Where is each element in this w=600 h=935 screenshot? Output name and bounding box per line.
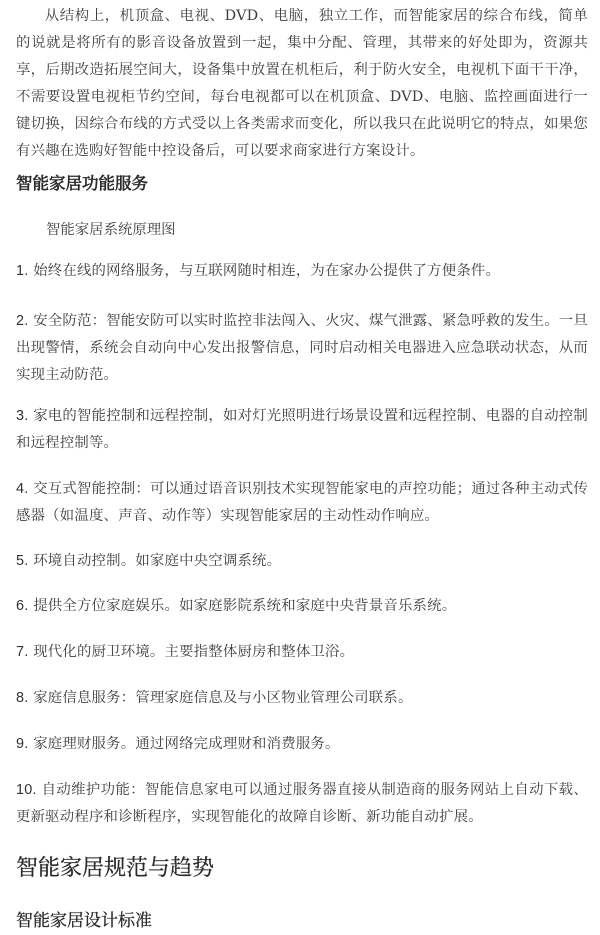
list-number: 7. (16, 644, 28, 660)
list-item-2: 2. 安全防范：智能安防可以实时监控非法闯入、火灾、煤气泄露、紧急呼救的发生。一… (16, 308, 588, 389)
list-item-8: 8. 家庭信息服务：管理家庭信息及与小区物业管理公司联系。 (16, 685, 588, 712)
list-text: 始终在线的网络服务，与互联网随时相连，为在家办公提供了方便条件。 (33, 263, 500, 279)
list-number: 6. (16, 598, 28, 614)
list-number: 8. (16, 690, 28, 706)
list-item-6: 6. 提供全方位家庭娱乐。如家庭影院系统和家庭中央背景音乐系统。 (16, 593, 588, 620)
list-number: 3. (16, 408, 28, 424)
list-number: 2. (16, 313, 28, 329)
list-number: 1. (16, 263, 28, 279)
list-text: 家电的智能控制和远程控制，如对灯光照明进行场景设置和远程控制、电器的自动控制和远… (16, 408, 588, 451)
list-text: 家庭信息服务：管理家庭信息及与小区物业管理公司联系。 (33, 690, 412, 706)
image-caption: 智能家居系统原理图 (16, 217, 588, 244)
section-heading-functions: 智能家居功能服务 (16, 170, 588, 198)
section-heading-standards: 智能家居规范与趋势 (16, 853, 588, 885)
list-text: 现代化的厨卫环境。主要指整体厨房和整体卫浴。 (33, 644, 354, 660)
list-number: 4. (16, 481, 28, 497)
list-number: 10. (16, 782, 37, 798)
intro-paragraph: 从结构上，机顶盒、电视、DVD、电脑，独立工作，而智能家居的综合布线，简单的说就… (16, 3, 588, 165)
list-text: 自动维护功能：智能信息家电可以通过服务器直接从制造商的服务网站上自动下载、更新驱… (16, 782, 588, 825)
list-item-7: 7. 现代化的厨卫环境。主要指整体厨房和整体卫浴。 (16, 639, 588, 666)
list-item-5: 5. 环境自动控制。如家庭中央空调系统。 (16, 548, 588, 575)
list-item-4: 4. 交互式智能控制：可以通过语音识别技术实现智能家电的声控功能；通过各种主动式… (16, 476, 588, 530)
list-text: 提供全方位家庭娱乐。如家庭影院系统和家庭中央背景音乐系统。 (33, 598, 456, 614)
list-text: 安全防范：智能安防可以实时监控非法闯入、火灾、煤气泄露、紧急呼救的发生。一旦出现… (16, 313, 588, 383)
list-text: 交互式智能控制：可以通过语音识别技术实现智能家电的声控功能；通过各种主动式传感器… (16, 481, 588, 524)
list-item-9: 9. 家庭理财服务。通过网络完成理财和消费服务。 (16, 731, 588, 758)
list-text: 家庭理财服务。通过网络完成理财和消费服务。 (33, 736, 339, 752)
list-text: 环境自动控制。如家庭中央空调系统。 (33, 553, 281, 569)
list-item-1: 1. 始终在线的网络服务，与互联网随时相连，为在家办公提供了方便条件。 (16, 258, 588, 285)
list-item-10: 10. 自动维护功能：智能信息家电可以通过服务器直接从制造商的服务网站上自动下载… (16, 777, 588, 831)
list-number: 5. (16, 553, 28, 569)
subsection-heading-design-standards: 智能家居设计标准 (16, 907, 588, 935)
list-number: 9. (16, 736, 28, 752)
list-item-3: 3. 家电的智能控制和远程控制，如对灯光照明进行场景设置和远程控制、电器的自动控… (16, 403, 588, 457)
